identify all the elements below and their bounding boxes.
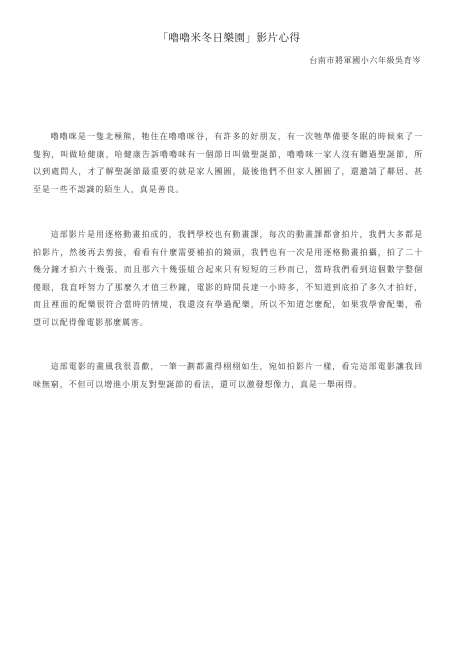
author-byline: 台南市將軍國小六年級吳育岑: [309, 55, 421, 66]
paragraph-1: 嚕嚕咪是一隻北極熊，牠住在嚕嚕咪谷，有許多的好朋友，有一次牠準備要冬眠的時候來了…: [33, 128, 423, 198]
document-title: 「嚕嚕米冬日樂園」影片心得: [0, 30, 458, 45]
document-page: 「嚕嚕米冬日樂園」影片心得 台南市將軍國小六年級吳育岑 嚕嚕咪是一隻北極熊，牠住…: [0, 0, 458, 648]
paragraph-3: 這部電影的畫風我很喜歡，一筆一劃都畫得栩栩如生，宛如拍影片一樣，看完這部電影讓我…: [33, 358, 423, 393]
paragraph-2: 這部影片是用逐格動畫拍成的，我們學校也有動畫課，每次的動畫課都會拍片，我們大多都…: [33, 226, 423, 331]
